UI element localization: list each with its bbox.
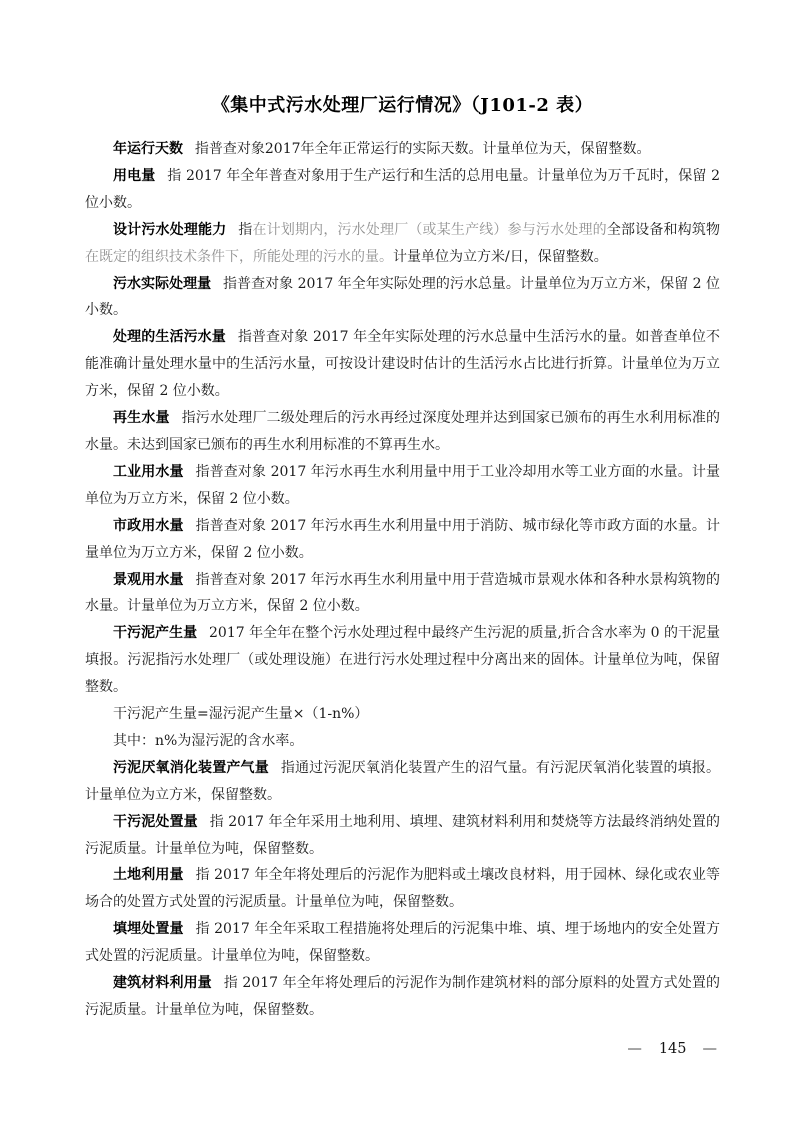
page-footer: — 145 —: [627, 1041, 718, 1057]
term-label: 设计污水处理能力: [113, 222, 226, 238]
footer-right-dash: —: [703, 1041, 719, 1057]
page-number: 145: [659, 1041, 687, 1057]
paragraph: 污水实际处理量指普查对象 2017 年全年实际处理的污水总量。计量单位为万立方米…: [85, 271, 720, 325]
paragraph: 污泥厌氧消化装置产气量指通过污泥厌氧消化装置产生的沼气量。有污泥厌氧消化装置的填…: [85, 755, 720, 809]
term-label: 市政用水量: [113, 518, 184, 534]
paragraph: 再生水量指污水处理厂二级处理后的污水再经过深度处理并达到国家已颁布的再生水利用标…: [85, 405, 720, 459]
paragraph: 建筑材料利用量指 2017 年全年将处理后的污泥作为制作建筑材料的部分原料的处置…: [85, 970, 720, 1024]
term-label: 用电量: [113, 168, 155, 184]
definition-text: 指污水处理厂二级处理后的污水再经过深度处理并达到国家已颁布的再生水利用标准的水量…: [85, 410, 720, 453]
footer-left-dash: —: [627, 1041, 643, 1057]
term-label: 工业用水量: [113, 464, 184, 480]
definition-text: 指: [238, 222, 252, 238]
paragraph: 干污泥处置量指 2017 年全年采用土地利用、填埋、建筑材料利用和焚烧等方法最终…: [85, 809, 720, 863]
term-label: 处理的生活污水量: [113, 329, 226, 345]
paragraph: 工业用水量指普查对象 2017 年污水再生水利用量中用于工业冷却用水等工业方面的…: [85, 459, 720, 513]
term-label: 土地利用量: [113, 867, 184, 883]
paragraph: 干污泥产生量=湿污泥产生量×（1-n%）: [85, 701, 720, 728]
definition-text: 指普查对象2017年全年正常运行的实际天数。计量单位为天，保留整数。: [195, 141, 651, 157]
paragraph: 处理的生活污水量指普查对象 2017 年全年实际处理的污水总量中生活污水的量。如…: [85, 324, 720, 405]
paragraph: 填埋处置量指 2017 年全年采取工程措施将处理后的污泥集中堆、填、埋于场地内的…: [85, 916, 720, 970]
definition-text: 干污泥产生量=湿污泥产生量×（1-n%）: [113, 706, 368, 722]
definition-text-muted: 在既定的组织技术条件下，所能处理的污水的量。: [85, 249, 393, 265]
term-label: 填埋处置量: [113, 921, 184, 937]
document-page: 《集中式污水处理厂运行情况》（J101-2 表） 年运行天数指普查对象2017年…: [0, 0, 800, 1131]
term-label: 干污泥产生量: [113, 625, 197, 641]
document-title: 《集中式污水处理厂运行情况》（J101-2 表）: [85, 0, 720, 117]
term-label: 干污泥处置量: [113, 814, 198, 830]
paragraph: 用电量指 2017 年全年普查对象用于生产运行和生活的总用电量。计量单位为万千瓦…: [85, 163, 720, 217]
term-label: 建筑材料利用量: [113, 975, 212, 991]
paragraph: 干污泥产生量2017 年全年在整个污水处理过程中最终产生污泥的质量,折合含水率为…: [85, 620, 720, 701]
term-label: 年运行天数: [113, 141, 183, 157]
term-label: 污泥厌氧消化装置产气量: [113, 760, 269, 776]
paragraph: 景观用水量指普查对象 2017 年污水再生水利用量中用于营造城市景观水体和各种水…: [85, 567, 720, 621]
definition-text: 计量单位为立方米/日，保留整数。: [393, 249, 608, 265]
paragraph: 设计污水处理能力指在计划期内，污水处理厂（或某生产线）参与污水处理的全部设备和构…: [85, 217, 720, 271]
definition-text-muted: 在计划期内，污水处理厂（或某生产线）参与污水处理的: [252, 222, 606, 238]
paragraph: 市政用水量指普查对象 2017 年污水再生水利用量中用于消防、城市绿化等市政方面…: [85, 513, 720, 567]
definition-text: 其中：n%为湿污泥的含水率。: [113, 733, 303, 749]
term-label: 景观用水量: [113, 572, 184, 588]
paragraph: 其中：n%为湿污泥的含水率。: [85, 728, 720, 755]
term-label: 污水实际处理量: [113, 276, 211, 292]
term-label: 再生水量: [113, 410, 170, 426]
document-body: 年运行天数指普查对象2017年全年正常运行的实际天数。计量单位为天，保留整数。用…: [85, 136, 720, 1024]
paragraph: 年运行天数指普查对象2017年全年正常运行的实际天数。计量单位为天，保留整数。: [85, 136, 720, 163]
definition-text: 全部设备和构筑物: [607, 222, 720, 238]
paragraph: 土地利用量指 2017 年全年将处理后的污泥作为肥料或土壤改良材料，用于园林、绿…: [85, 862, 720, 916]
definition-text: 指 2017 年全年普查对象用于生产运行和生活的总用电量。计量单位为万千瓦时，保…: [85, 168, 720, 211]
